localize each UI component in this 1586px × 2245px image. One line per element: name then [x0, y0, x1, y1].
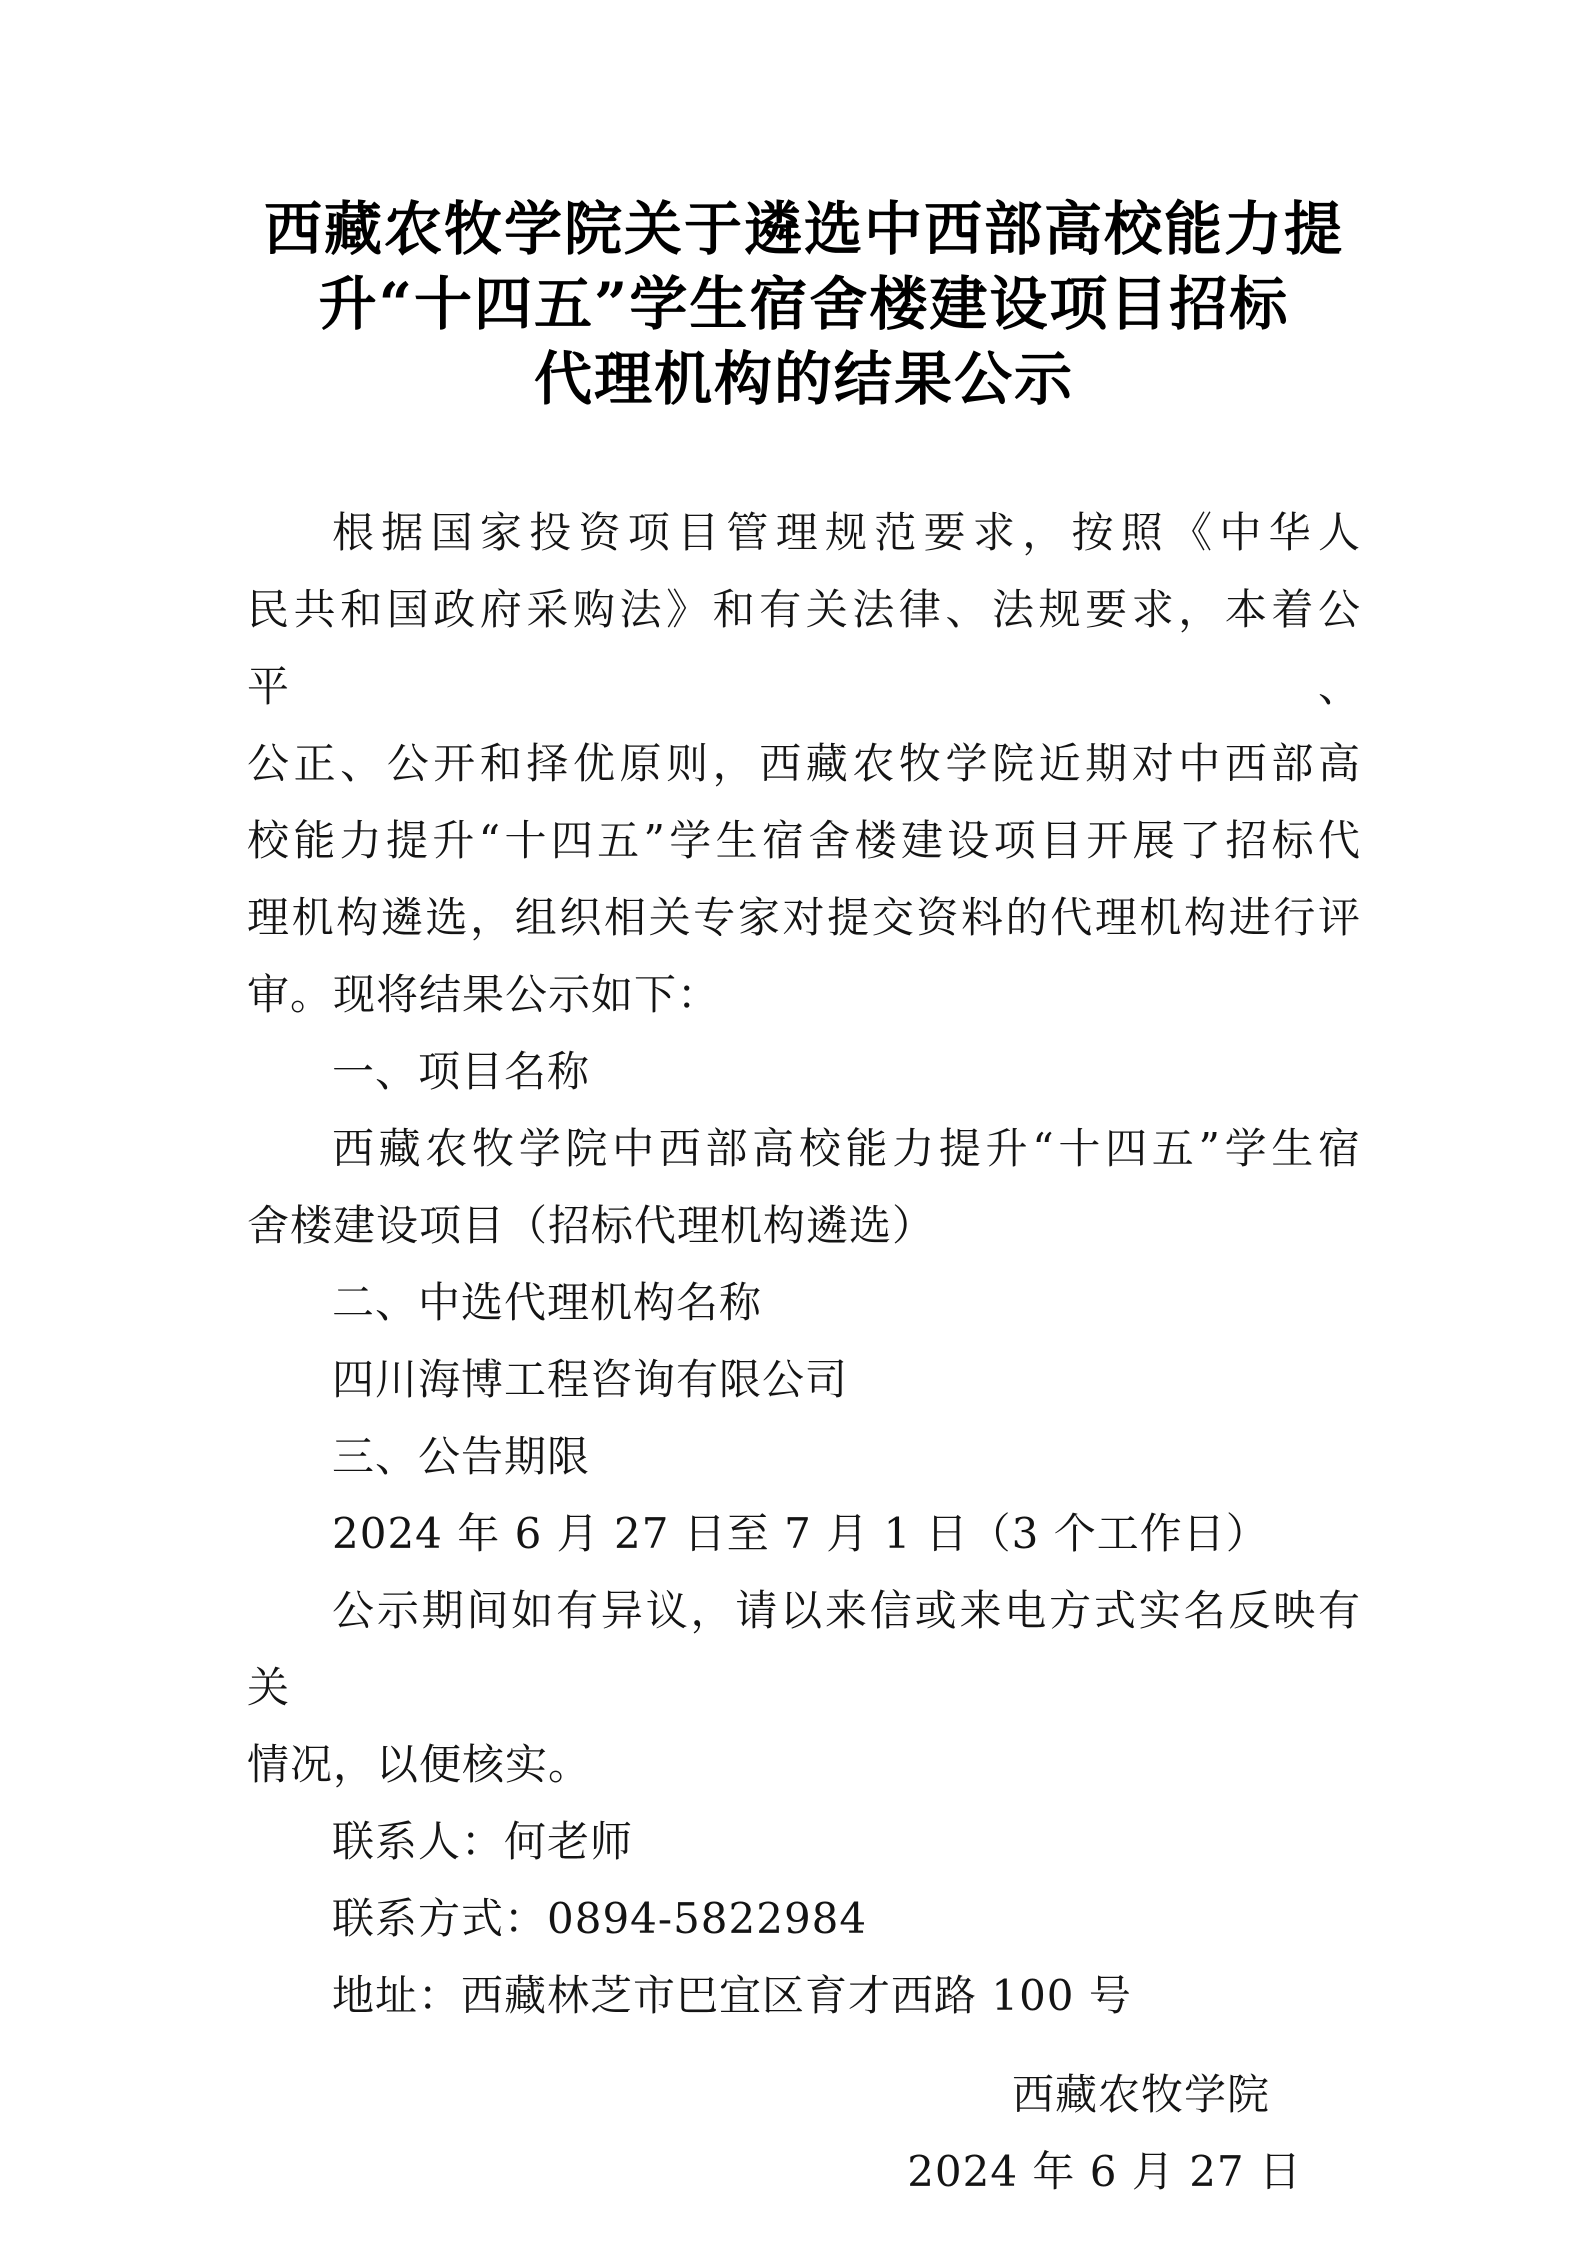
body-line: 公正、公开和择优原则，西藏农牧学院近期对中西部高: [247, 725, 1361, 802]
section-heading-2: 二、中选代理机构名称: [247, 1264, 1361, 1341]
contact-person: 联系人：何老师: [247, 1803, 1361, 1880]
body-line: 情况，以便核实。: [247, 1726, 1361, 1803]
signature-organization: 西藏农牧学院: [247, 2056, 1361, 2133]
contact-phone: 联系方式：0894-5822984: [247, 1880, 1361, 1957]
section-heading-3: 三、公告期限: [247, 1418, 1361, 1495]
body-line: 民共和国政府采购法》和有关法律、法规要求，本着公平、: [247, 571, 1361, 725]
announcement-period: 2024 年 6 月 27 日至 7 月 1 日（3 个工作日）: [247, 1495, 1361, 1572]
project-name-line: 舍楼建设项目（招标代理机构遴选）: [247, 1187, 1361, 1264]
signature-block: 西藏农牧学院 2024 年 6 月 27 日: [247, 2056, 1361, 2210]
body-line: 理机构遴选，组织相关专家对提交资料的代理机构进行评: [247, 879, 1361, 956]
contact-address: 地址：西藏林芝市巴宜区育才西路 100 号: [247, 1957, 1361, 2034]
project-name-line: 西藏农牧学院中西部高校能力提升“十四五”学生宿: [247, 1110, 1361, 1187]
section-heading-1: 一、项目名称: [247, 1033, 1361, 1110]
selected-agency-name: 四川海博工程咨询有限公司: [247, 1341, 1361, 1418]
document-page: 西藏农牧学院关于遴选中西部高校能力提 升“十四五”学生宿舍楼建设项目招标 代理机…: [0, 0, 1586, 2245]
signature-date: 2024 年 6 月 27 日: [247, 2133, 1361, 2210]
document-content: 西藏农牧学院关于遴选中西部高校能力提 升“十四五”学生宿舍楼建设项目招标 代理机…: [0, 192, 1586, 2210]
title-line-3: 代理机构的结果公示: [247, 342, 1361, 417]
document-body: 根据国家投资项目管理规范要求，按照《中华人 民共和国政府采购法》和有关法律、法规…: [247, 494, 1361, 2034]
title-line-1: 西藏农牧学院关于遴选中西部高校能力提: [247, 192, 1361, 267]
body-line: 校能力提升“十四五”学生宿舍楼建设项目开展了招标代: [247, 802, 1361, 879]
body-line: 根据国家投资项目管理规范要求，按照《中华人: [247, 494, 1361, 571]
document-title: 西藏农牧学院关于遴选中西部高校能力提 升“十四五”学生宿舍楼建设项目招标 代理机…: [247, 192, 1361, 417]
body-line: 公示期间如有异议，请以来信或来电方式实名反映有关: [247, 1572, 1361, 1726]
title-line-2: 升“十四五”学生宿舍楼建设项目招标: [247, 267, 1361, 342]
body-line: 审。现将结果公示如下：: [247, 956, 1361, 1033]
